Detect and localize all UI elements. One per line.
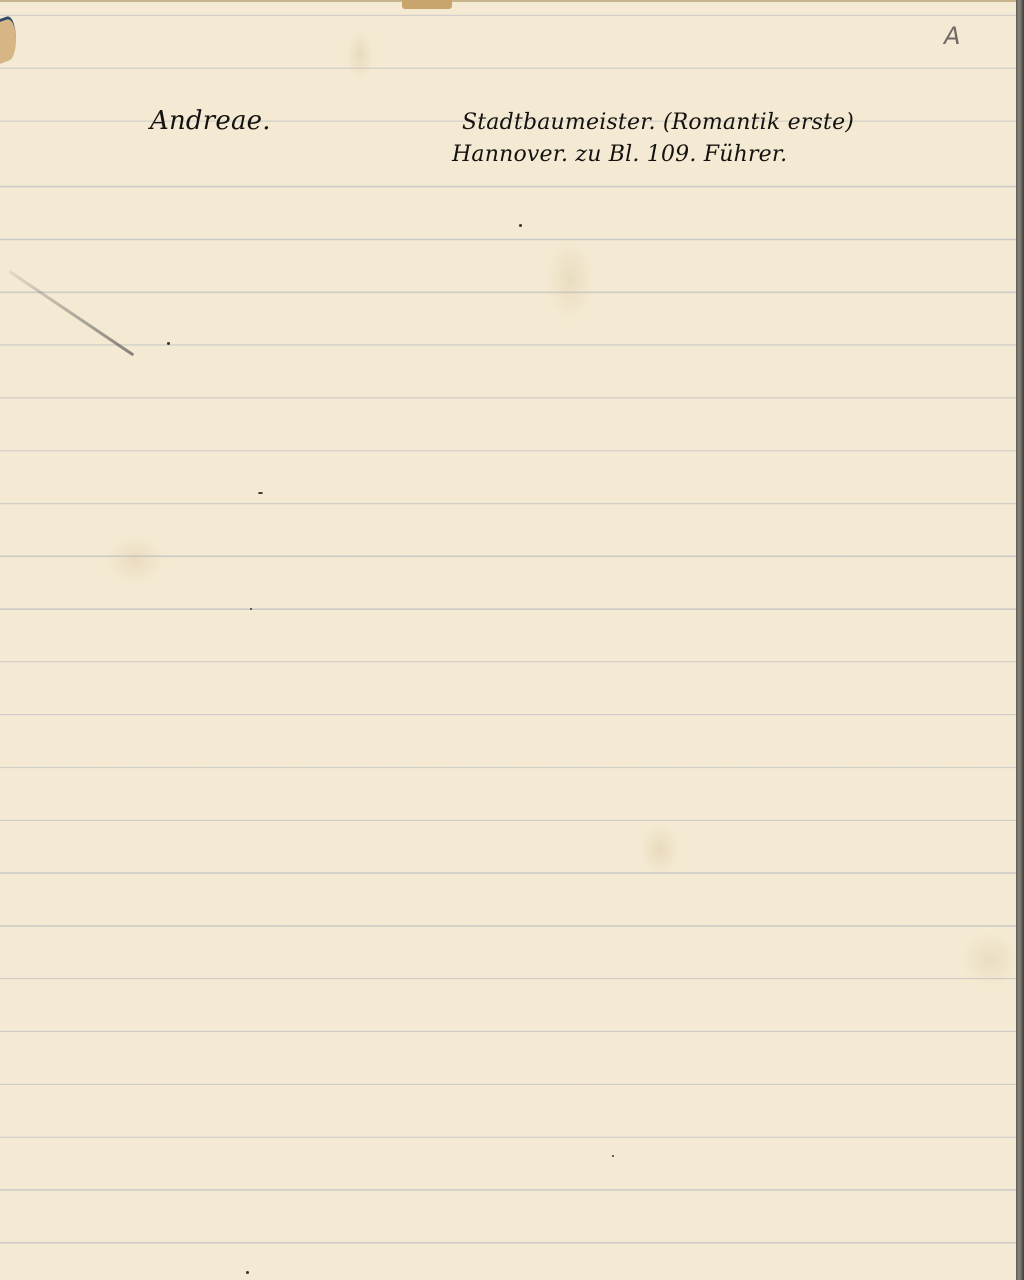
ink-speck xyxy=(246,1271,249,1274)
ink-speck xyxy=(612,1155,614,1157)
entry-description-line-1: Stadtbaumeister. (Romantik erste) xyxy=(462,110,854,135)
pencil-stroke-mark xyxy=(8,270,134,356)
entry-name: Andreae. xyxy=(150,106,271,136)
entry-description-line-2: Hannover. zu Bl. 109. Führer. xyxy=(452,142,787,167)
paper-tab-mark xyxy=(402,0,452,9)
page-top-edge xyxy=(0,0,1016,2)
notebook-page: A Andreae. Stadtbaumeister. (Romantik er… xyxy=(0,0,1016,1280)
notebook-spine-edge xyxy=(1016,0,1024,1280)
ink-speck xyxy=(250,608,252,610)
ink-speck xyxy=(258,492,263,494)
ink-speck xyxy=(167,342,170,345)
page-marker: A xyxy=(944,22,960,50)
ink-speck xyxy=(519,224,522,227)
corner-flap xyxy=(0,13,16,64)
